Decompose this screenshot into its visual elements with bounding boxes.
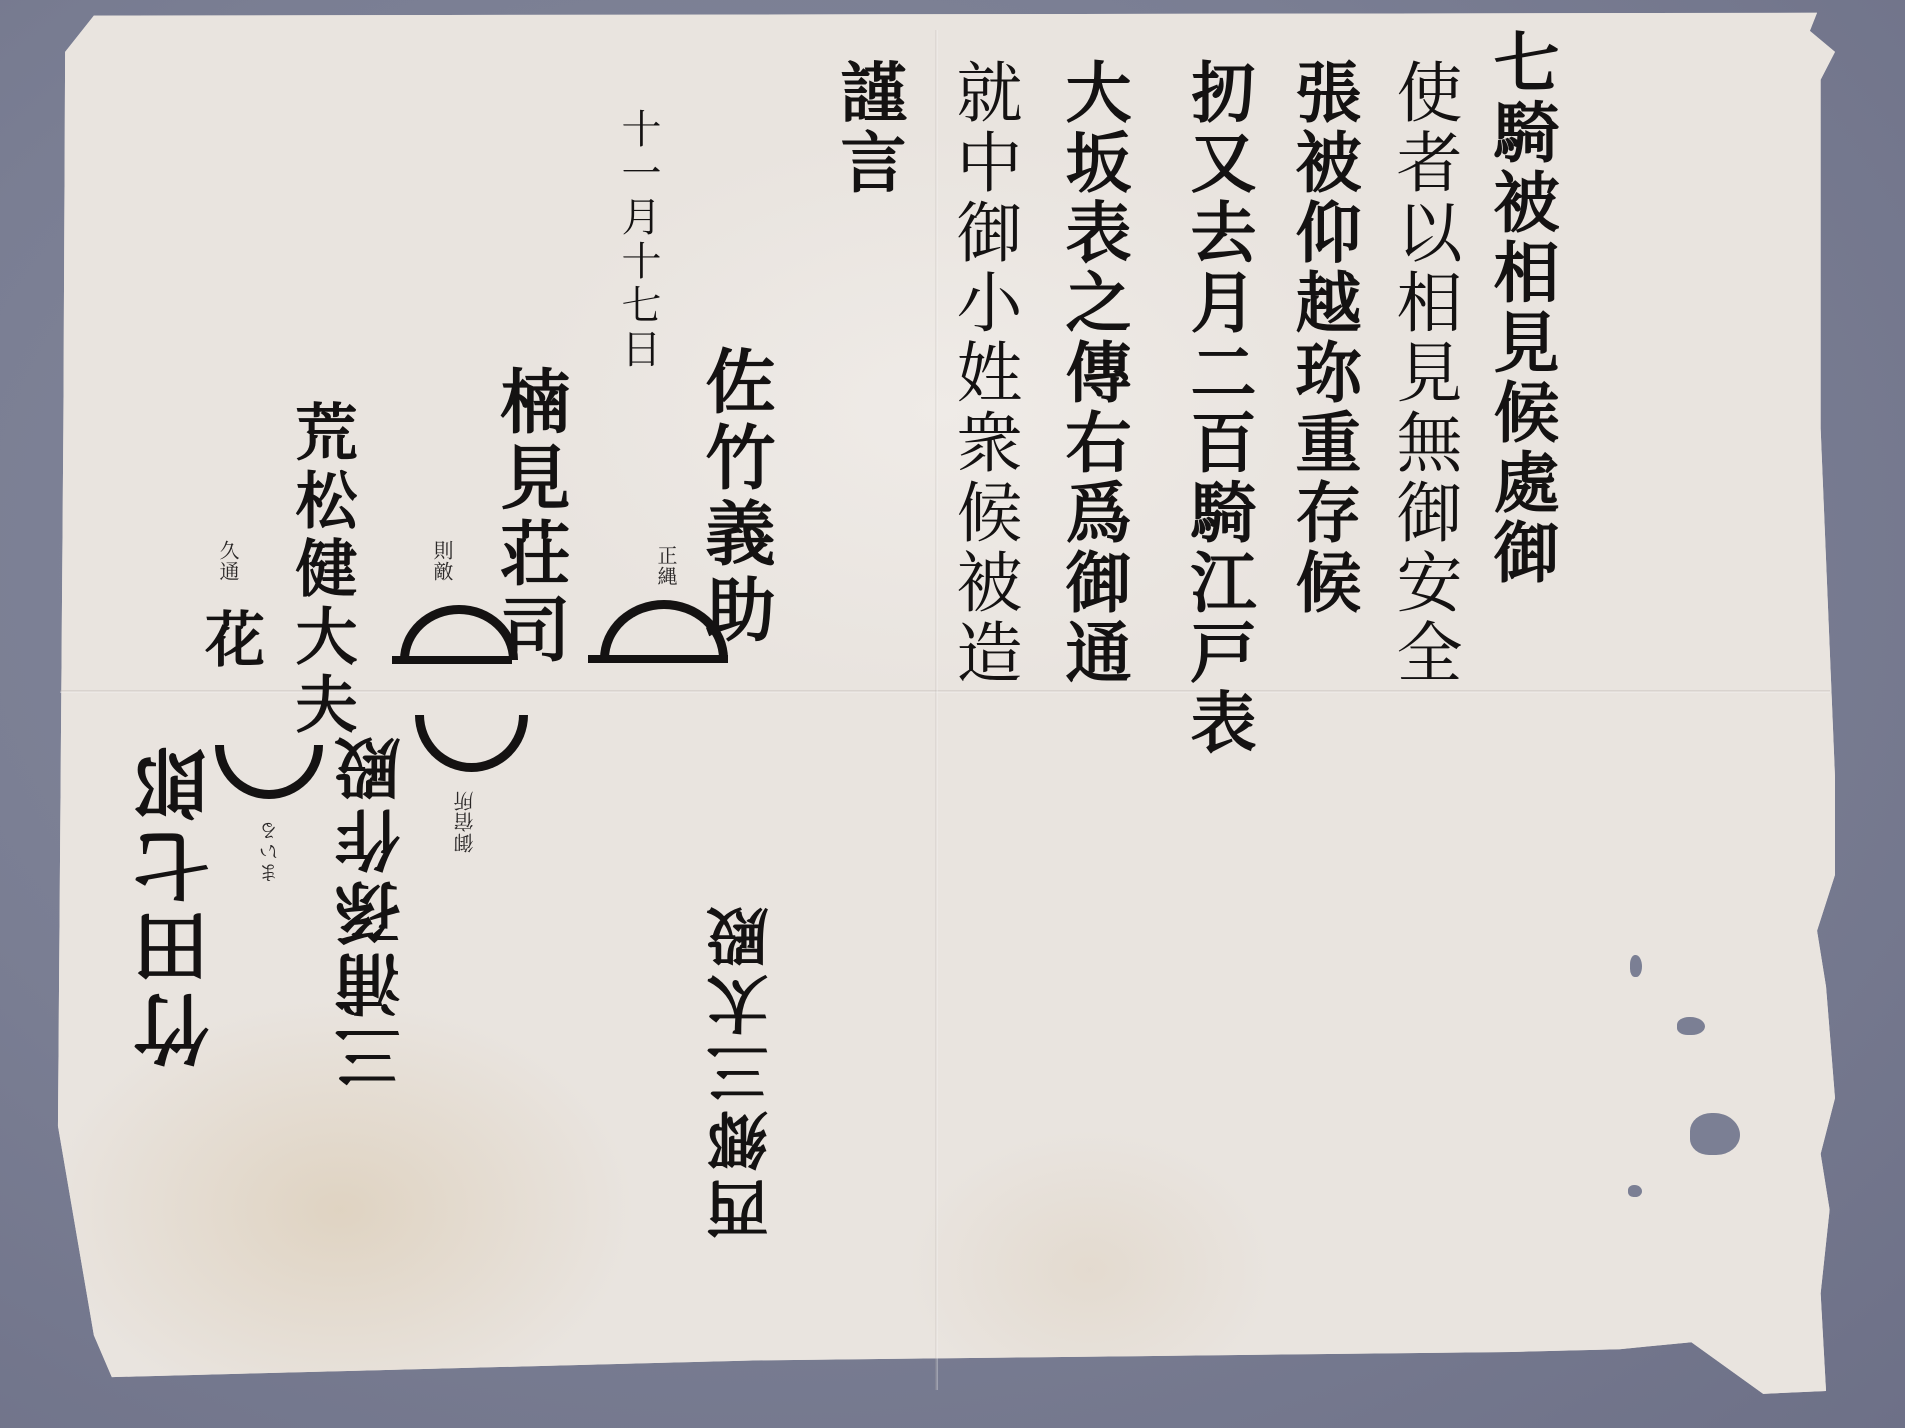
address-line: 西郷三太殿 bbox=[712, 900, 774, 1240]
paper-hole bbox=[1628, 1185, 1642, 1197]
signature-name-1: 佐竹義助 bbox=[700, 345, 770, 649]
body-column-3: 張被仰越珎重存候 bbox=[1290, 58, 1356, 618]
paper-hole bbox=[1690, 1113, 1740, 1155]
seal-label-2: 則敵 bbox=[432, 540, 452, 582]
body-column-6: 就中御小姓衆候被造 bbox=[950, 58, 1016, 688]
paper-hole bbox=[1677, 1017, 1705, 1035]
seal-label-3: 久通 bbox=[218, 540, 238, 582]
signature-name-3: 荒松健大夫 bbox=[290, 400, 352, 740]
vertical-fold-line bbox=[935, 30, 938, 1390]
kao-seal-3: 花 bbox=[200, 608, 260, 674]
signature-name-2: 楠見荘司 bbox=[495, 365, 565, 669]
body-column-2: 使者以相見無御安全 bbox=[1390, 58, 1456, 688]
body-column-1: 七騎被相見候處御 bbox=[1488, 28, 1554, 588]
kao-seal-2-base bbox=[392, 656, 512, 664]
body-column-4: 扨又去月二百騎江戸表 bbox=[1185, 58, 1251, 758]
addressee-2-note: 御宿所 bbox=[455, 790, 475, 853]
addressee-3-note: まいる bbox=[260, 820, 280, 883]
addressee-2: 三浦孫作殿 bbox=[340, 730, 406, 1090]
body-column-5: 大坂表之傳右爲御通 bbox=[1060, 58, 1126, 688]
addressee-1: 竹田七郎 bbox=[140, 740, 216, 1068]
seal-label-1: 正縄 bbox=[656, 545, 676, 587]
kao-seal-1-base bbox=[588, 655, 728, 663]
date: 十一月十七日 bbox=[618, 108, 658, 372]
paper-hole bbox=[1630, 955, 1642, 977]
body-column-closing: 謹言 bbox=[835, 58, 901, 198]
